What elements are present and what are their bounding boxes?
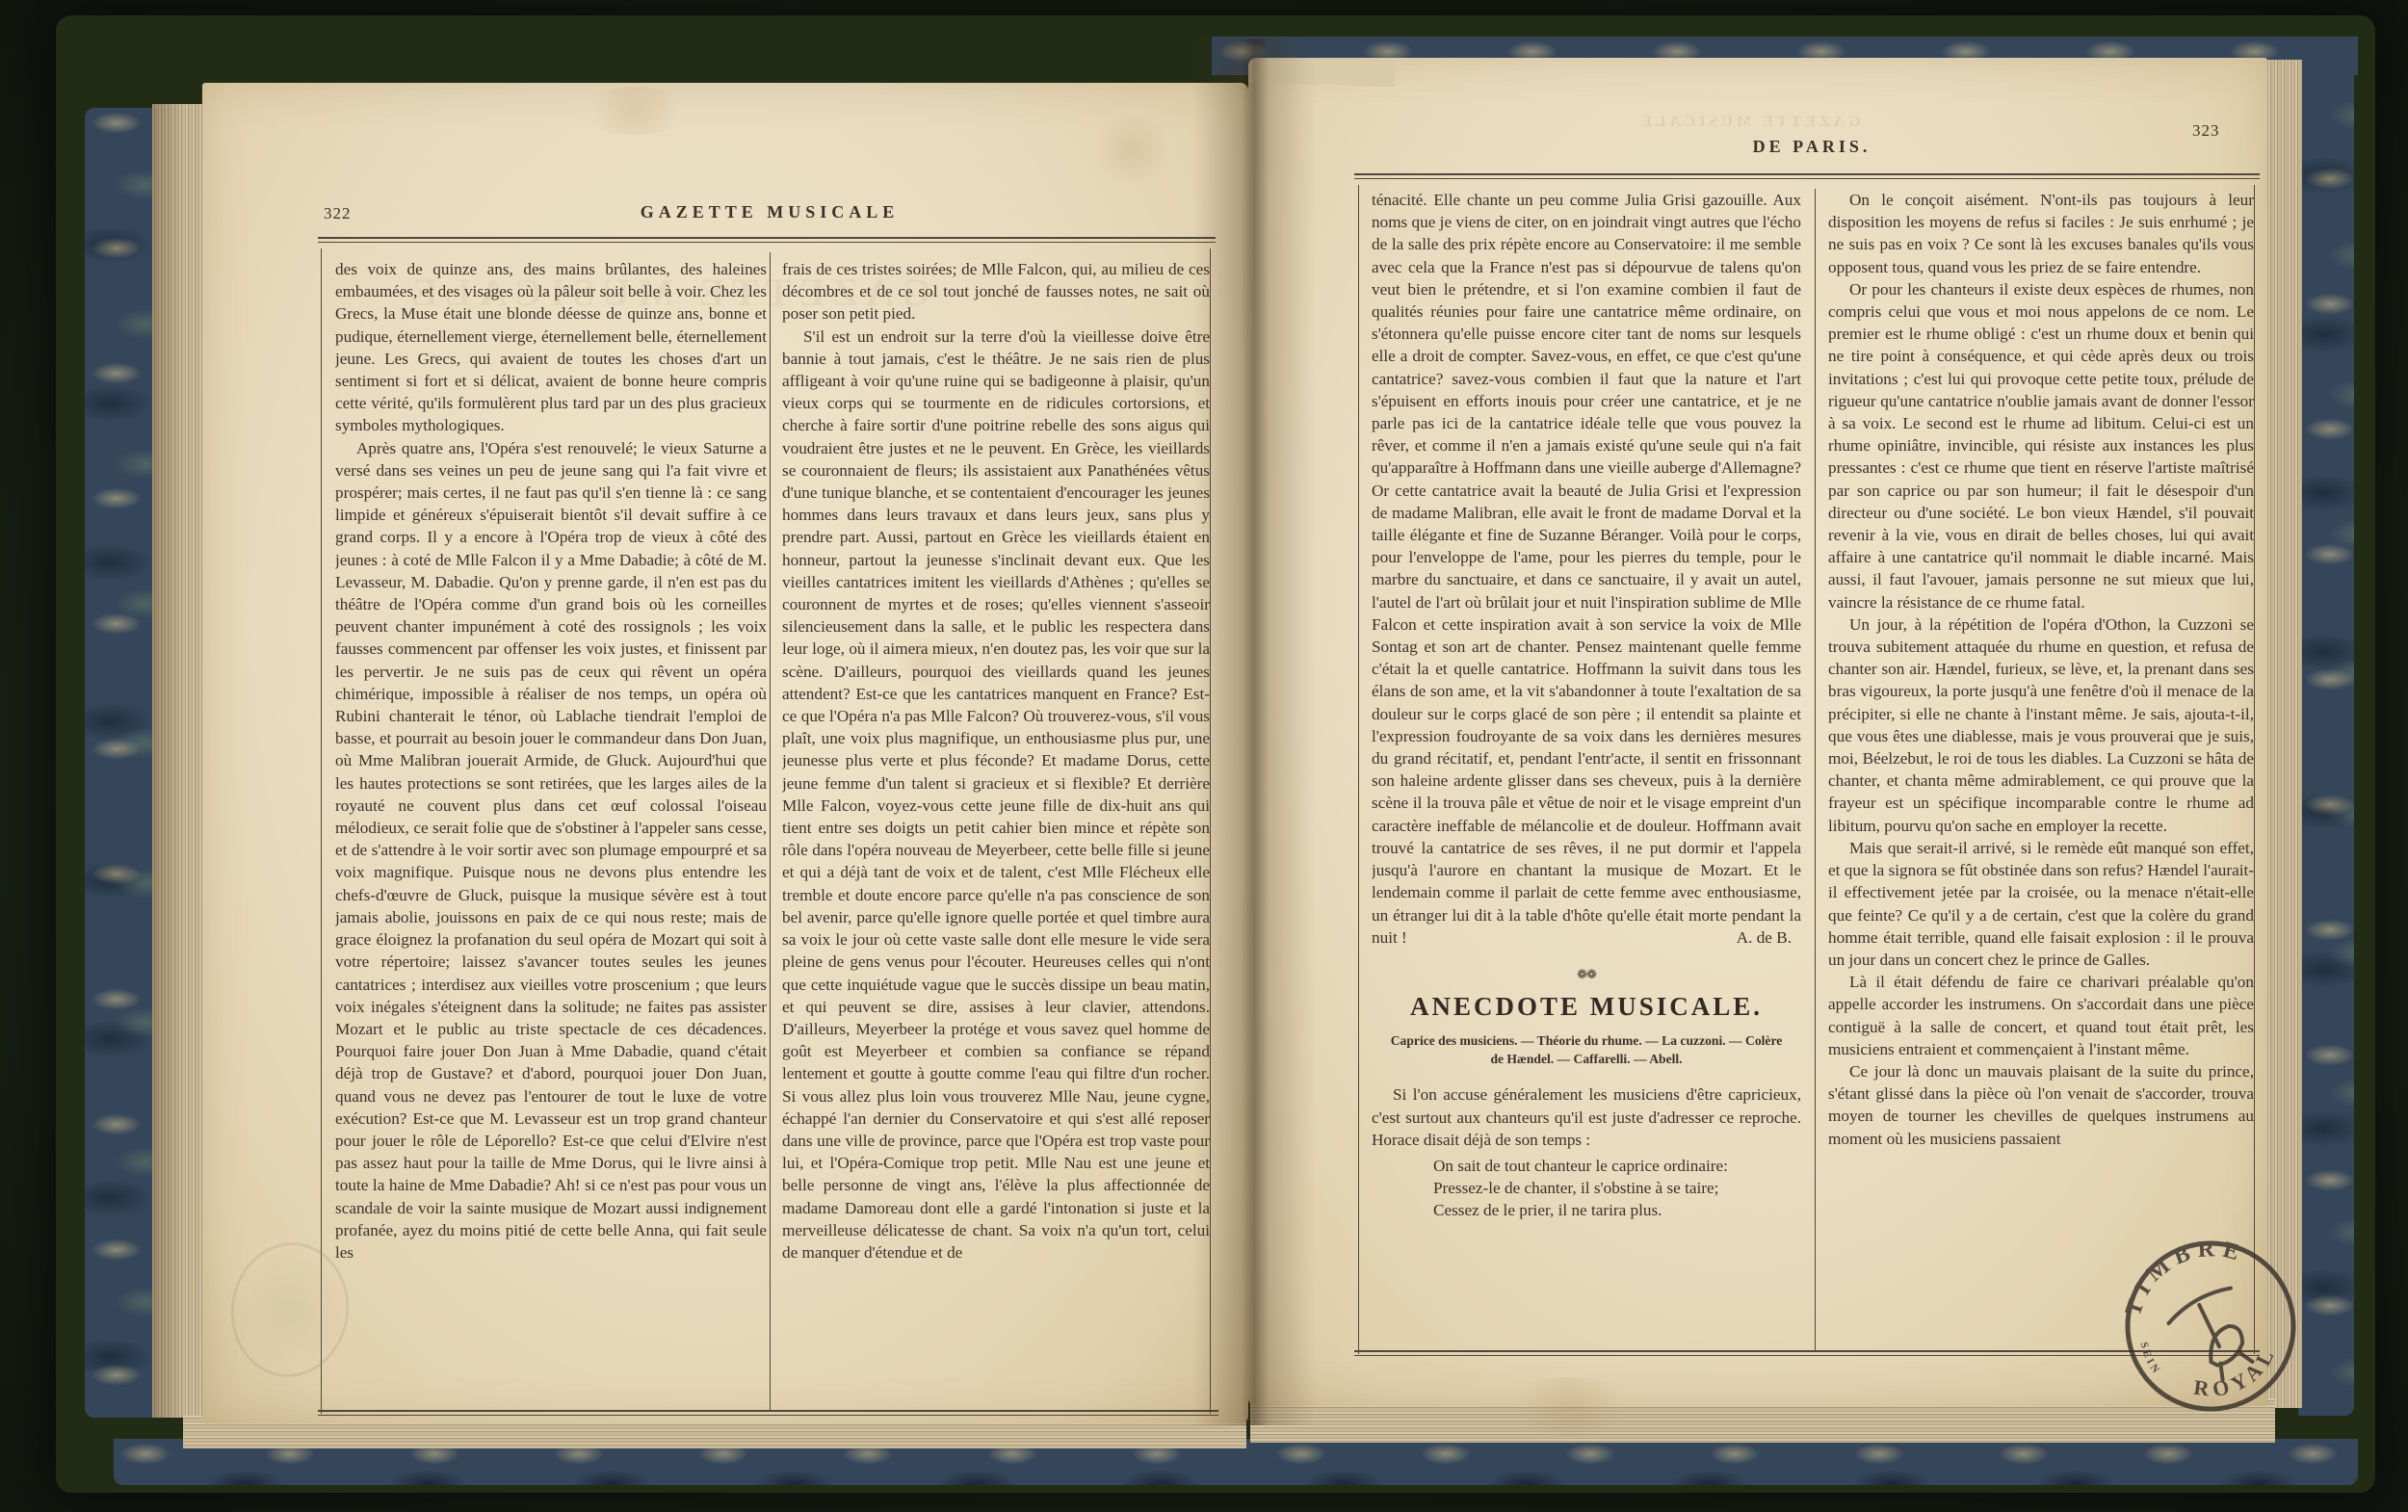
right-page-column-2: On le conçoit aisément. N'ont-ils pas to… [1828, 189, 2254, 1344]
running-head: DE PARIS. [1360, 137, 2264, 157]
paragraph: ténacité. Elle chante un peu comme Julia… [1372, 189, 1801, 949]
left-page-column-2: frais de ces tristes soirées; de Mlle Fa… [782, 258, 1210, 1408]
paragraph: Mais que serait-il arrivé, si le remède … [1828, 837, 2254, 971]
page-number: 323 [2192, 121, 2220, 141]
column-divider-rule [1815, 189, 1816, 1350]
rosette-ornament-icon: ❁❁ [1372, 964, 1801, 986]
text-frame-rule [2254, 185, 2255, 1354]
paragraph: Là il était défendu de faire ce charivar… [1828, 971, 2254, 1060]
text-frame-rule [321, 248, 322, 1414]
column-divider-rule [770, 252, 771, 1410]
right-page-column-1: ténacité. Elle chante un peu comme Julia… [1372, 189, 1801, 1344]
footer-rule [318, 1410, 1218, 1416]
cover-marble-right [2298, 39, 2354, 1416]
header-rule [318, 237, 1216, 243]
paragraph: On le conçoit aisément. N'ont-ils pas to… [1828, 189, 2254, 278]
fore-edge-right [2262, 60, 2302, 1408]
protruding-page-corner [1250, 60, 1396, 87]
paragraph: Ce jour là donc un mauvais plaisant de l… [1828, 1060, 2254, 1150]
header-rule [1354, 173, 2260, 179]
verse-line: Cessez de le prier, il ne tarira plus. [1433, 1199, 1801, 1221]
paragraph: Or pour les chanteurs il existe deux esp… [1828, 278, 2254, 613]
text-frame-rule [1210, 248, 1211, 1414]
running-head: GAZETTE MUSICALE [326, 202, 1214, 222]
verse-line: On sait de tout chanteur le caprice ordi… [1433, 1155, 1801, 1177]
paragraph: Si l'on accuse généralement les musicien… [1372, 1083, 1801, 1151]
verse-block: On sait de tout chanteur le caprice ordi… [1433, 1155, 1801, 1221]
paragraph: des voix de quinze ans, des mains brûlan… [335, 258, 767, 437]
left-page-column-1: des voix de quinze ans, des mains brûlan… [335, 258, 767, 1408]
article-subtitle: Caprice des musiciens. — Théorie du rhum… [1372, 1031, 1801, 1068]
text-frame-rule [1358, 185, 1359, 1354]
paragraph: Un jour, à la répétition de l'opéra d'Ot… [1828, 613, 2254, 837]
paragraph: frais de ces tristes soirées; de Mlle Fa… [782, 258, 1210, 326]
paragraph: S'il est un endroit sur la terre d'où la… [782, 326, 1210, 1264]
author-signature: A. de B. [1372, 926, 1801, 949]
article-title: ANECDOTE MUSICALE. [1372, 996, 1801, 1018]
verse-line: Pressez-le de chanter, il s'obstine à se… [1433, 1177, 1801, 1199]
fore-edge-left [152, 104, 206, 1418]
paragraph: Après quatre ans, l'Opéra s'est renouvel… [335, 437, 767, 1264]
